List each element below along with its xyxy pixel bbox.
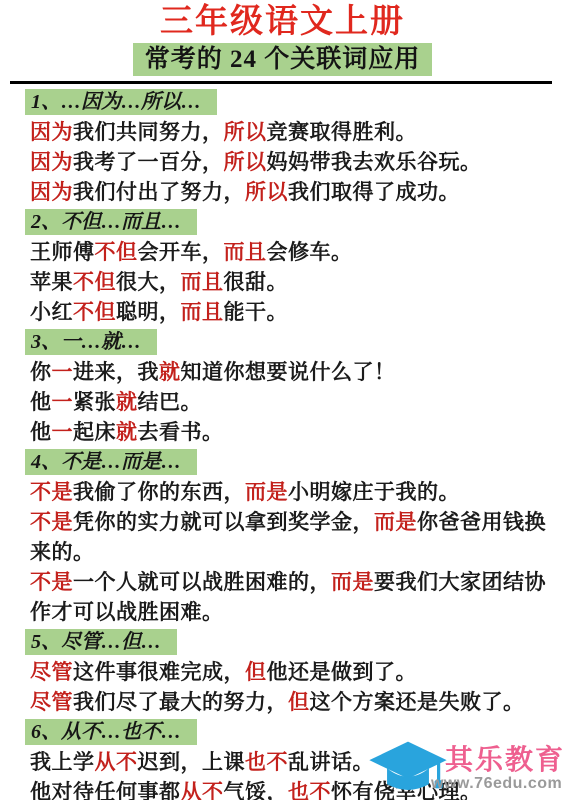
sentence-text: 这件事很难完成， xyxy=(73,660,245,684)
connective-word: 而且 xyxy=(181,270,224,294)
connective-word: 所以 xyxy=(224,120,267,144)
section: 4、不是…而是…不是我偷了你的东西，而是小明嫁庄于我的。不是凭你的实力就可以拿到… xyxy=(0,447,565,627)
connective-word: 因为 xyxy=(30,120,73,144)
sentence: 王师傅不但会开车，而且会修车。 xyxy=(30,237,557,267)
connective-word: 不但 xyxy=(73,300,116,324)
sentence: 他一起床就去看书。 xyxy=(30,417,557,447)
sentence-text: 我考了一百分， xyxy=(73,150,224,174)
sentence: 因为我考了一百分，所以妈妈带我去欢乐谷玩。 xyxy=(30,147,557,177)
connective-word: 不是 xyxy=(30,510,73,534)
sentence: 你一进来，我就知道你想要说什么了！ xyxy=(30,357,557,387)
sentence-text: 这个方案还是失败了。 xyxy=(310,690,525,714)
connective-word: 而是 xyxy=(374,510,417,534)
sentence-text: 气馁， xyxy=(224,780,289,800)
sentence-text: 迟到，上课 xyxy=(138,750,246,774)
sentence: 不是一个人就可以战胜困难的，而是要我们大家团结协作才可以战胜困难。 xyxy=(30,567,557,627)
sentence-text: 他 xyxy=(30,390,52,414)
sentence-text: 很大， xyxy=(116,270,181,294)
sentence-text: 他还是做到了。 xyxy=(267,660,418,684)
page-subtitle: 常考的 24 个关联词应用 xyxy=(133,43,433,76)
sentence-text: 小明嫁庄于我的。 xyxy=(288,480,460,504)
sections-container: 1、…因为…所以…因为我们共同努力，所以竞赛取得胜利。因为我考了一百分，所以妈妈… xyxy=(0,87,565,800)
sentence-text: 他对待任何事都 xyxy=(30,780,181,800)
sentence-text: 乱讲话。 xyxy=(288,750,374,774)
sentence-text: 王师傅 xyxy=(30,240,95,264)
section-heading: 6、从不…也不… xyxy=(25,719,197,745)
connective-word: 但 xyxy=(245,660,267,684)
sentence-text: 很甜。 xyxy=(224,270,289,294)
connective-word: 所以 xyxy=(224,150,267,174)
header-divider xyxy=(10,81,552,84)
connective-word: 从不 xyxy=(95,750,138,774)
sentence-text: 起床 xyxy=(73,420,116,444)
connective-word: 但 xyxy=(288,690,310,714)
sentence-text: 能干。 xyxy=(224,300,289,324)
connective-word: 而且 xyxy=(224,240,267,264)
connective-word: 就 xyxy=(116,390,138,414)
sentence-text: 会开车， xyxy=(138,240,224,264)
section-heading: 1、…因为…所以… xyxy=(25,89,217,115)
connective-word: 而是 xyxy=(245,480,288,504)
connective-word: 一 xyxy=(52,420,74,444)
connective-word: 从不 xyxy=(181,780,224,800)
connective-word: 因为 xyxy=(30,180,73,204)
sentence-text: 妈妈带我去欢乐谷玩。 xyxy=(267,150,482,174)
sentence-text: 进来，我 xyxy=(73,360,159,384)
connective-word: 尽管 xyxy=(30,660,73,684)
sentence: 尽管我们尽了最大的努力，但这个方案还是失败了。 xyxy=(30,687,557,717)
connective-word: 一 xyxy=(52,360,74,384)
connective-word: 也不 xyxy=(288,780,331,800)
sentence-text: 你 xyxy=(30,360,52,384)
brand-url: www.76edu.com xyxy=(431,776,565,792)
sentence: 因为我们付出了努力，所以我们取得了成功。 xyxy=(30,177,557,207)
sentence-text: 我偷了你的东西， xyxy=(73,480,245,504)
sentence: 不是凭你的实力就可以拿到奖学金，而是你爸爸用钱换来的。 xyxy=(30,507,557,567)
sentence-text: 苹果 xyxy=(30,270,73,294)
sentence-text: 聪明， xyxy=(116,300,181,324)
sentence-text: 我上学 xyxy=(30,750,95,774)
section-heading: 5、尽管…但… xyxy=(25,629,177,655)
connective-word: 不是 xyxy=(30,570,73,594)
brand-name: 其乐教育 xyxy=(445,746,565,774)
sentence-text: 结巴。 xyxy=(138,390,203,414)
connective-word: 所以 xyxy=(245,180,288,204)
sentence-text: 凭你的实力就可以拿到奖学金， xyxy=(73,510,374,534)
sentence-text: 知道你想要说什么了！ xyxy=(181,360,396,384)
sentence-text: 会修车。 xyxy=(267,240,353,264)
sentence: 因为我们共同努力，所以竞赛取得胜利。 xyxy=(30,117,557,147)
connective-word: 而是 xyxy=(331,570,374,594)
sentence-text: 我们共同努力， xyxy=(73,120,224,144)
section: 5、尽管…但…尽管这件事很难完成，但他还是做到了。尽管我们尽了最大的努力，但这个… xyxy=(0,627,565,717)
sentence: 不是我偷了你的东西，而是小明嫁庄于我的。 xyxy=(30,477,557,507)
connective-word: 而且 xyxy=(181,300,224,324)
connective-word: 就 xyxy=(116,420,138,444)
watermark: 其乐教育 www.76edu.com xyxy=(367,740,565,798)
connective-word: 尽管 xyxy=(30,690,73,714)
sentence-text: 我们付出了努力， xyxy=(73,180,245,204)
page-title: 三年级语文上册 xyxy=(0,4,565,41)
watermark-text: 其乐教育 www.76edu.com xyxy=(445,746,565,792)
section-heading: 4、不是…而是… xyxy=(25,449,197,475)
sentence-text: 我们尽了最大的努力， xyxy=(73,690,288,714)
sentence: 尽管这件事很难完成，但他还是做到了。 xyxy=(30,657,557,687)
sentence-text: 他 xyxy=(30,420,52,444)
sentence-text: 小红 xyxy=(30,300,73,324)
sentence-text: 去看书。 xyxy=(138,420,224,444)
section: 2、不但…而且…王师傅不但会开车，而且会修车。苹果不但很大，而且很甜。小红不但聪… xyxy=(0,207,565,327)
section: 3、一…就…你一进来，我就知道你想要说什么了！他一紧张就结巴。他一起床就去看书。 xyxy=(0,327,565,447)
connective-word: 一 xyxy=(52,390,74,414)
subtitle-row: 常考的 24 个关联词应用 xyxy=(0,43,565,76)
sentence: 他一紧张就结巴。 xyxy=(30,387,557,417)
sentence-text: 紧张 xyxy=(73,390,116,414)
sentence: 小红不但聪明，而且能干。 xyxy=(30,297,557,327)
connective-word: 就 xyxy=(159,360,181,384)
connective-word: 不但 xyxy=(73,270,116,294)
connective-word: 不是 xyxy=(30,480,73,504)
section-heading: 2、不但…而且… xyxy=(25,209,197,235)
section-heading: 3、一…就… xyxy=(25,329,157,355)
connective-word: 不但 xyxy=(95,240,138,264)
sentence-text: 竞赛取得胜利。 xyxy=(267,120,418,144)
connective-word: 因为 xyxy=(30,150,73,174)
sentence-text: 一个人就可以战胜困难的， xyxy=(73,570,331,594)
sentence: 苹果不但很大，而且很甜。 xyxy=(30,267,557,297)
worksheet-page: 三年级语文上册 常考的 24 个关联词应用 1、…因为…所以…因为我们共同努力，… xyxy=(0,0,565,800)
section: 1、…因为…所以…因为我们共同努力，所以竞赛取得胜利。因为我考了一百分，所以妈妈… xyxy=(0,87,565,207)
connective-word: 也不 xyxy=(245,750,288,774)
sentence-text: 我们取得了成功。 xyxy=(288,180,460,204)
